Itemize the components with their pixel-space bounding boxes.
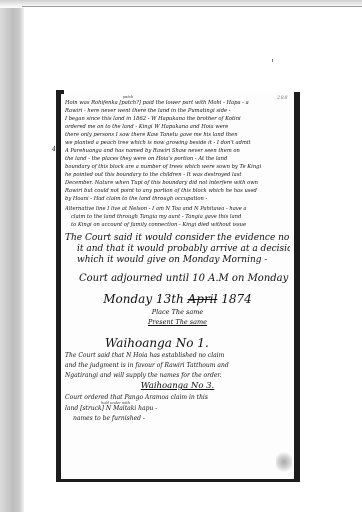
text-line: names to be furnished -: [73, 415, 290, 423]
text-line: land [struck] N Maitaki hapu -: [65, 405, 290, 413]
scan-top-edge-line: [22, 6, 362, 7]
scan-left-edge-shadow: [0, 0, 24, 512]
text-line: which it would give on Monday Morning -: [77, 255, 290, 266]
margin-mark: 4: [52, 146, 56, 153]
text-line: it and that it would probably arrive at …: [77, 244, 290, 255]
date-heading: Monday 13th April 1874: [65, 292, 290, 306]
date-day: Monday: [103, 292, 152, 306]
text-line: Ngatirangi and will supply the names for…: [65, 372, 290, 380]
scan-smudge: [276, 451, 292, 473]
text-line: to Kingi on account of family connection…: [71, 221, 290, 229]
date-year: 1874: [221, 292, 252, 306]
present-line: Present The same: [65, 318, 290, 326]
adjournment-line: Court adjourned until 10 A.M on Monday: [79, 273, 290, 284]
date-day-number: 13th: [156, 292, 184, 306]
case-heading-waihoanga-1: Waihoanga No 1.: [105, 336, 290, 350]
stray-mark: [272, 59, 273, 62]
text-line: and the judgment is in favour of Rawiri …: [65, 362, 290, 370]
date-month-struck: April: [188, 292, 218, 306]
text-line: The Court said it would consider the evi…: [65, 233, 290, 244]
place-line: Place The same: [65, 308, 290, 316]
case-heading-waihoanga-3: Waihoanga No 3.: [65, 381, 290, 392]
text-line: The Court said that N Hoia has establish…: [65, 352, 290, 360]
text-line: by Hoani - Had claim to the land through…: [65, 195, 290, 203]
frame-corner-mark: [56, 90, 64, 94]
text-line: Court ordered that Pango Aramoa claim in…: [65, 394, 290, 402]
minute-book-page: 288 patch Hoin was Rohifenka [patch?] pa…: [56, 92, 300, 482]
